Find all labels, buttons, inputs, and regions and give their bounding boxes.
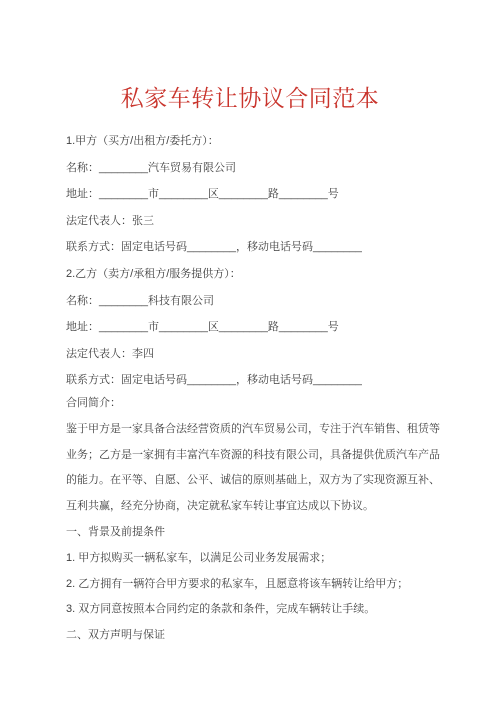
section-one-item-2: 2. 乙方拥有一辆符合甲方要求的私家车，且愿意将该车辆转让给甲方； (66, 572, 438, 598)
contract-body-block: 合同简介： 鉴于甲方是一家具备合法经营资质的汽车贸易公司，专注于汽车销售、租赁等… (66, 391, 438, 649)
document-title: 私家车转让协议合同范本 (0, 83, 500, 113)
party-b-heading: 2.乙方（卖方/承租方/服务提供方）： (66, 261, 438, 288)
party-b-legal-rep: 法定代表人：李四 (66, 341, 438, 368)
section-two-heading: 二、双方声明与保证 (66, 623, 438, 649)
section-one-heading: 一、背景及前提条件 (66, 520, 438, 546)
section-one-item-1: 1. 甲方拟购买一辆私家车，以满足公司业务发展需求； (66, 546, 438, 572)
party-b-name: 名称：________科技有限公司 (66, 288, 438, 315)
intro-line-2: 业务；乙方是一家拥有丰富汽车资源的科技有限公司，具备提供优质汽车产品 (66, 443, 438, 469)
party-a-address: 地址：________市________区________路________号 (66, 181, 438, 208)
intro-line-3: 的能力。在平等、自愿、公平、诚信的原则基础上，双方为了实现资源互补、 (66, 468, 438, 494)
party-b-contact: 联系方式：固定电话号码________，移动电话号码________ (66, 367, 438, 394)
intro-line-4: 互利共赢，经充分协商，决定就私家车转让事宜达成以下协议。 (66, 494, 438, 520)
party-a-contact: 联系方式：固定电话号码________，移动电话号码________ (66, 234, 438, 261)
document-page: 私家车转让协议合同范本 1.甲方（买方/出租方/委托方）： 名称：_______… (0, 0, 500, 707)
parties-block: 1.甲方（买方/出租方/委托方）： 名称：________汽车贸易有限公司 地址… (66, 128, 438, 394)
party-b-address: 地址：________市________区________路________号 (66, 314, 438, 341)
party-a-legal-rep: 法定代表人：张三 (66, 208, 438, 235)
intro-line-1: 鉴于甲方是一家具备合法经营资质的汽车贸易公司，专注于汽车销售、租赁等 (66, 417, 438, 443)
party-a-name: 名称：________汽车贸易有限公司 (66, 155, 438, 182)
section-one-item-3: 3. 双方同意按照本合同约定的条款和条件，完成车辆转让手续。 (66, 597, 438, 623)
intro-heading: 合同简介： (66, 391, 438, 417)
party-a-heading: 1.甲方（买方/出租方/委托方）： (66, 128, 438, 155)
